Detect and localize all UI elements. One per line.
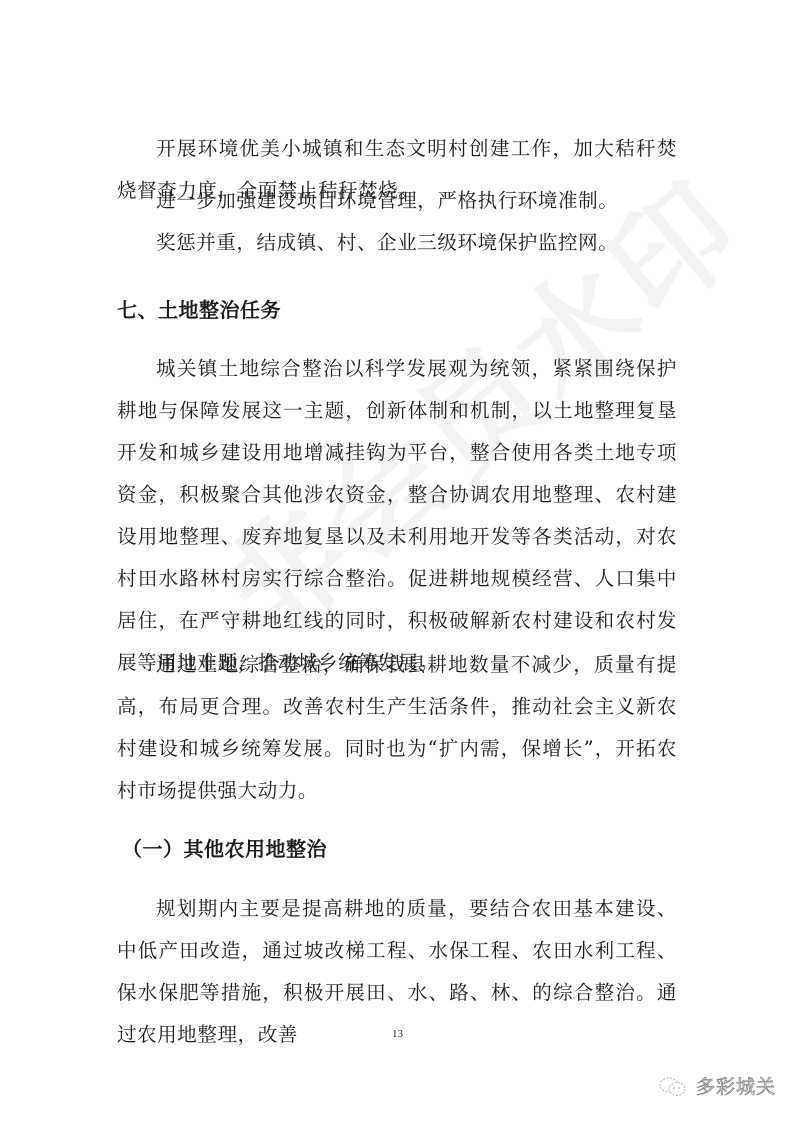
wechat-icon [658, 1076, 688, 1096]
subsection-heading: （一）其他农用地整治 [122, 833, 327, 862]
paragraph: 通过土地综合整治，确保我县耕地数量不减少，质量有提高，布局更合理。改善农村生产生… [117, 644, 677, 812]
document-page: 非会员水印 开展环境优美小城镇和生态文明村创建工作，加大秸秆焚烧督查力度，全面禁… [0, 0, 793, 1122]
paragraph: 进一步加强建设项目环境管理，严格执行环境准制。 [117, 180, 677, 222]
section-heading: 七、土地整治任务 [117, 294, 281, 323]
account-name: 多彩城关 [696, 1072, 776, 1099]
paragraph: 城关镇土地综合整治以科学发展观为统领，紧紧围绕保护耕地与保障发展这一主题，创新体… [117, 348, 677, 684]
account-tag: 多彩城关 [658, 1072, 776, 1099]
paragraph: 奖惩并重，结成镇、村、企业三级环境保护监控网。 [117, 222, 677, 264]
page-number: 13 [392, 1028, 403, 1040]
